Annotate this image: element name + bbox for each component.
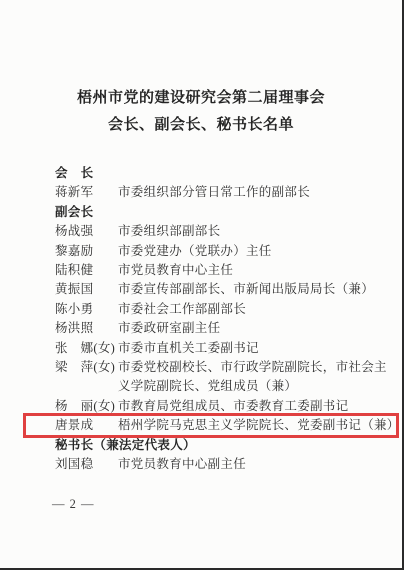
roster-row: 陈小勇 市委社会工作部副部长 <box>55 300 393 319</box>
roster-row: 黄振国 市委宣传部副部长、市新闻出版局局长（兼） <box>55 280 393 299</box>
page-number: — 2 — <box>52 497 95 512</box>
person-name: 张 娜(女) <box>55 339 118 358</box>
person-position: 市教育局党组成员、市委教育工委副书记 <box>118 397 393 416</box>
person-position: 市委社会工作部副部长 <box>118 300 393 319</box>
person-name: 陈小勇 <box>55 300 118 319</box>
person-position: 市委政研室副主任 <box>118 319 393 338</box>
roster-row: 张 娜(女) 市委市直机关工委副书记 <box>55 339 393 358</box>
person-position: 市党员教育中心副主任 <box>118 455 393 474</box>
roster-row: 蒋新军 市委组织部分管日常工作的副部长 <box>55 183 393 202</box>
person-name: 蒋新军 <box>55 183 118 202</box>
person-position: 市委组织部副部长 <box>118 222 393 241</box>
person-name: 陆积健 <box>55 261 118 280</box>
person-position: 市委组织部分管日常工作的副部长 <box>118 183 393 202</box>
person-position: 市委宣传部副部长、市新闻出版局局长（兼） <box>118 280 393 299</box>
person-name: 唐景成 <box>55 416 118 435</box>
roster-row: 陆积健 市党员教育中心主任 <box>55 261 393 280</box>
roster-row: 杨洪照 市委政研室副主任 <box>55 319 393 338</box>
roster-row: 黎嘉励 市委党建办（党联办）主任 <box>55 242 393 261</box>
document-title: 梧州市党的建设研究会第二届理事会 会长、副会长、秘书长名单 <box>0 0 402 139</box>
section-heading-vice-chairmen: 副会长 <box>55 203 393 222</box>
title-line-2: 会长、副会长、秘书长名单 <box>0 112 402 139</box>
person-name: 刘国稳 <box>55 455 118 474</box>
person-name: 杨 丽(女) <box>55 397 118 416</box>
person-name: 黎嘉励 <box>55 242 118 261</box>
roster-row: 杨 丽(女) 市教育局党组成员、市委教育工委副书记 <box>55 397 393 416</box>
person-position: 市委党建办（党联办）主任 <box>118 242 393 261</box>
person-name: 梁 萍(女) <box>55 358 118 397</box>
person-position: 梧州学院马克思主义学院院长、党委副书记（兼） <box>118 416 400 435</box>
person-position: 市委党校副校长、市行政学院副院长，市社会主义学院副院长、党组成员（兼） <box>118 358 393 397</box>
section-heading-chairman: 会 长 <box>55 164 393 183</box>
person-position: 市党员教育中心主任 <box>118 261 393 280</box>
person-name: 杨洪照 <box>55 319 118 338</box>
section-heading-secretary-general: 秘书长（兼法定代表人） <box>55 436 393 455</box>
roster-row: 刘国稳 市党员教育中心副主任 <box>55 455 393 474</box>
person-position: 市委市直机关工委副书记 <box>118 339 393 358</box>
roster-row: 梁 萍(女) 市委党校副校长、市行政学院副院长，市社会主义学院副院长、党组成员（… <box>55 358 393 397</box>
person-name: 杨战强 <box>55 222 118 241</box>
roster-row: 杨战强 市委组织部副部长 <box>55 222 393 241</box>
roster-row-highlighted: 唐景成 梧州学院马克思主义学院院长、党委副书记（兼） <box>55 416 393 435</box>
roster-list: 会 长 蒋新军 市委组织部分管日常工作的副部长 副会长 杨战强 市委组织部副部长… <box>55 164 393 475</box>
person-name: 黄振国 <box>55 280 118 299</box>
scanned-document-page: 梧州市党的建设研究会第二届理事会 会长、副会长、秘书长名单 会 长 蒋新军 市委… <box>0 0 404 570</box>
title-line-1: 梧州市党的建设研究会第二届理事会 <box>0 85 402 112</box>
